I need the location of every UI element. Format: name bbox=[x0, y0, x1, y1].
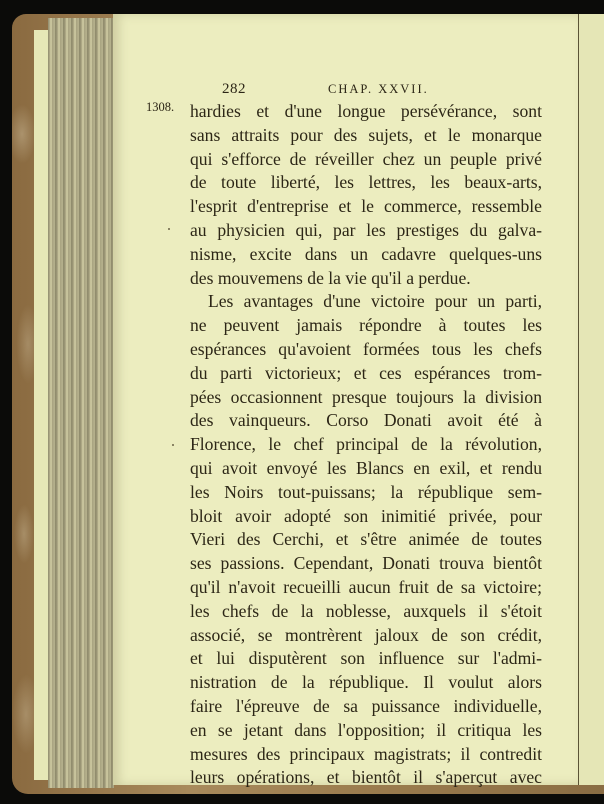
text-line: au physicien qui, par les prestiges du g… bbox=[190, 219, 542, 243]
text-line: et lui disputèrent son influence sur l'a… bbox=[190, 647, 542, 671]
text-line: l'esprit d'entreprise et le commerce, re… bbox=[190, 195, 542, 219]
text-line: mesures des principaux magistrats; il co… bbox=[190, 743, 542, 767]
text-line: Les avantages d'une victoire pour un par… bbox=[190, 290, 542, 314]
text-line: qui avoit envoyé les Blancs en exil, et … bbox=[190, 457, 542, 481]
ink-spot bbox=[172, 444, 174, 446]
text-line: les Noirs tout-puissans; la république s… bbox=[190, 481, 542, 505]
text-line: nisme, excite dans un cadavre quelques-u… bbox=[190, 243, 542, 267]
text-line: qu'il n'avoit recueilli aucun fruit de s… bbox=[190, 576, 542, 600]
page-edges bbox=[48, 18, 114, 788]
chapter-heading: CHAP. XXVII. bbox=[328, 78, 429, 102]
text-line: des mouvemens de la vie qu'il a perdue. bbox=[190, 267, 542, 291]
text-line: espérances qu'avoient formées tous les c… bbox=[190, 338, 542, 362]
text-line: bloit avoir adopté son inimitié privée, … bbox=[190, 505, 542, 529]
next-page-edge bbox=[578, 14, 604, 785]
text-line: associé, se montrèrent jaloux de son cré… bbox=[190, 624, 542, 648]
text-line: des vainqueurs. Corso Donati avoit été à bbox=[190, 409, 542, 433]
text-line: leurs opérations, et bientôt il s'aperçu… bbox=[190, 766, 542, 790]
text-line: sans attraits pour des sujets, et le mon… bbox=[190, 124, 542, 148]
text-line: les chefs de la noblesse, auxquels il s'… bbox=[190, 600, 542, 624]
text-line: nistration de la république. Il voulut a… bbox=[190, 671, 542, 695]
margin-year-note: 1308. bbox=[146, 100, 174, 115]
text-line: Vieri des Cerchi, et s'être animée de to… bbox=[190, 528, 542, 552]
page-text: 282 CHAP. XXVII. hardies et d'une longue… bbox=[190, 78, 542, 790]
text-line: ses passions. Cependant, Donati trouva b… bbox=[190, 552, 542, 576]
text-line: en se jetant dans l'opposition; il criti… bbox=[190, 719, 542, 743]
running-head: 282 CHAP. XXVII. bbox=[190, 78, 542, 100]
text-line: ne peuvent jamais répondre à toutes les bbox=[190, 314, 542, 338]
text-line: qui s'efforce de réveiller chez un peupl… bbox=[190, 148, 542, 172]
text-line: hardies et d'une longue persévérance, so… bbox=[190, 100, 542, 124]
page-number: 282 bbox=[222, 78, 246, 102]
text-line: de toute liberté, les lettres, les beaux… bbox=[190, 171, 542, 195]
text-line: Florence, le chef principal de la révolu… bbox=[190, 433, 542, 457]
ink-spot bbox=[168, 228, 170, 230]
text-line: pées occasionnent presque toujours la di… bbox=[190, 386, 542, 410]
text-line: du parti victorieux; et ces espérances t… bbox=[190, 362, 542, 386]
endpaper bbox=[34, 30, 48, 780]
text-line: faire l'épreuve de sa puissance individu… bbox=[190, 695, 542, 719]
